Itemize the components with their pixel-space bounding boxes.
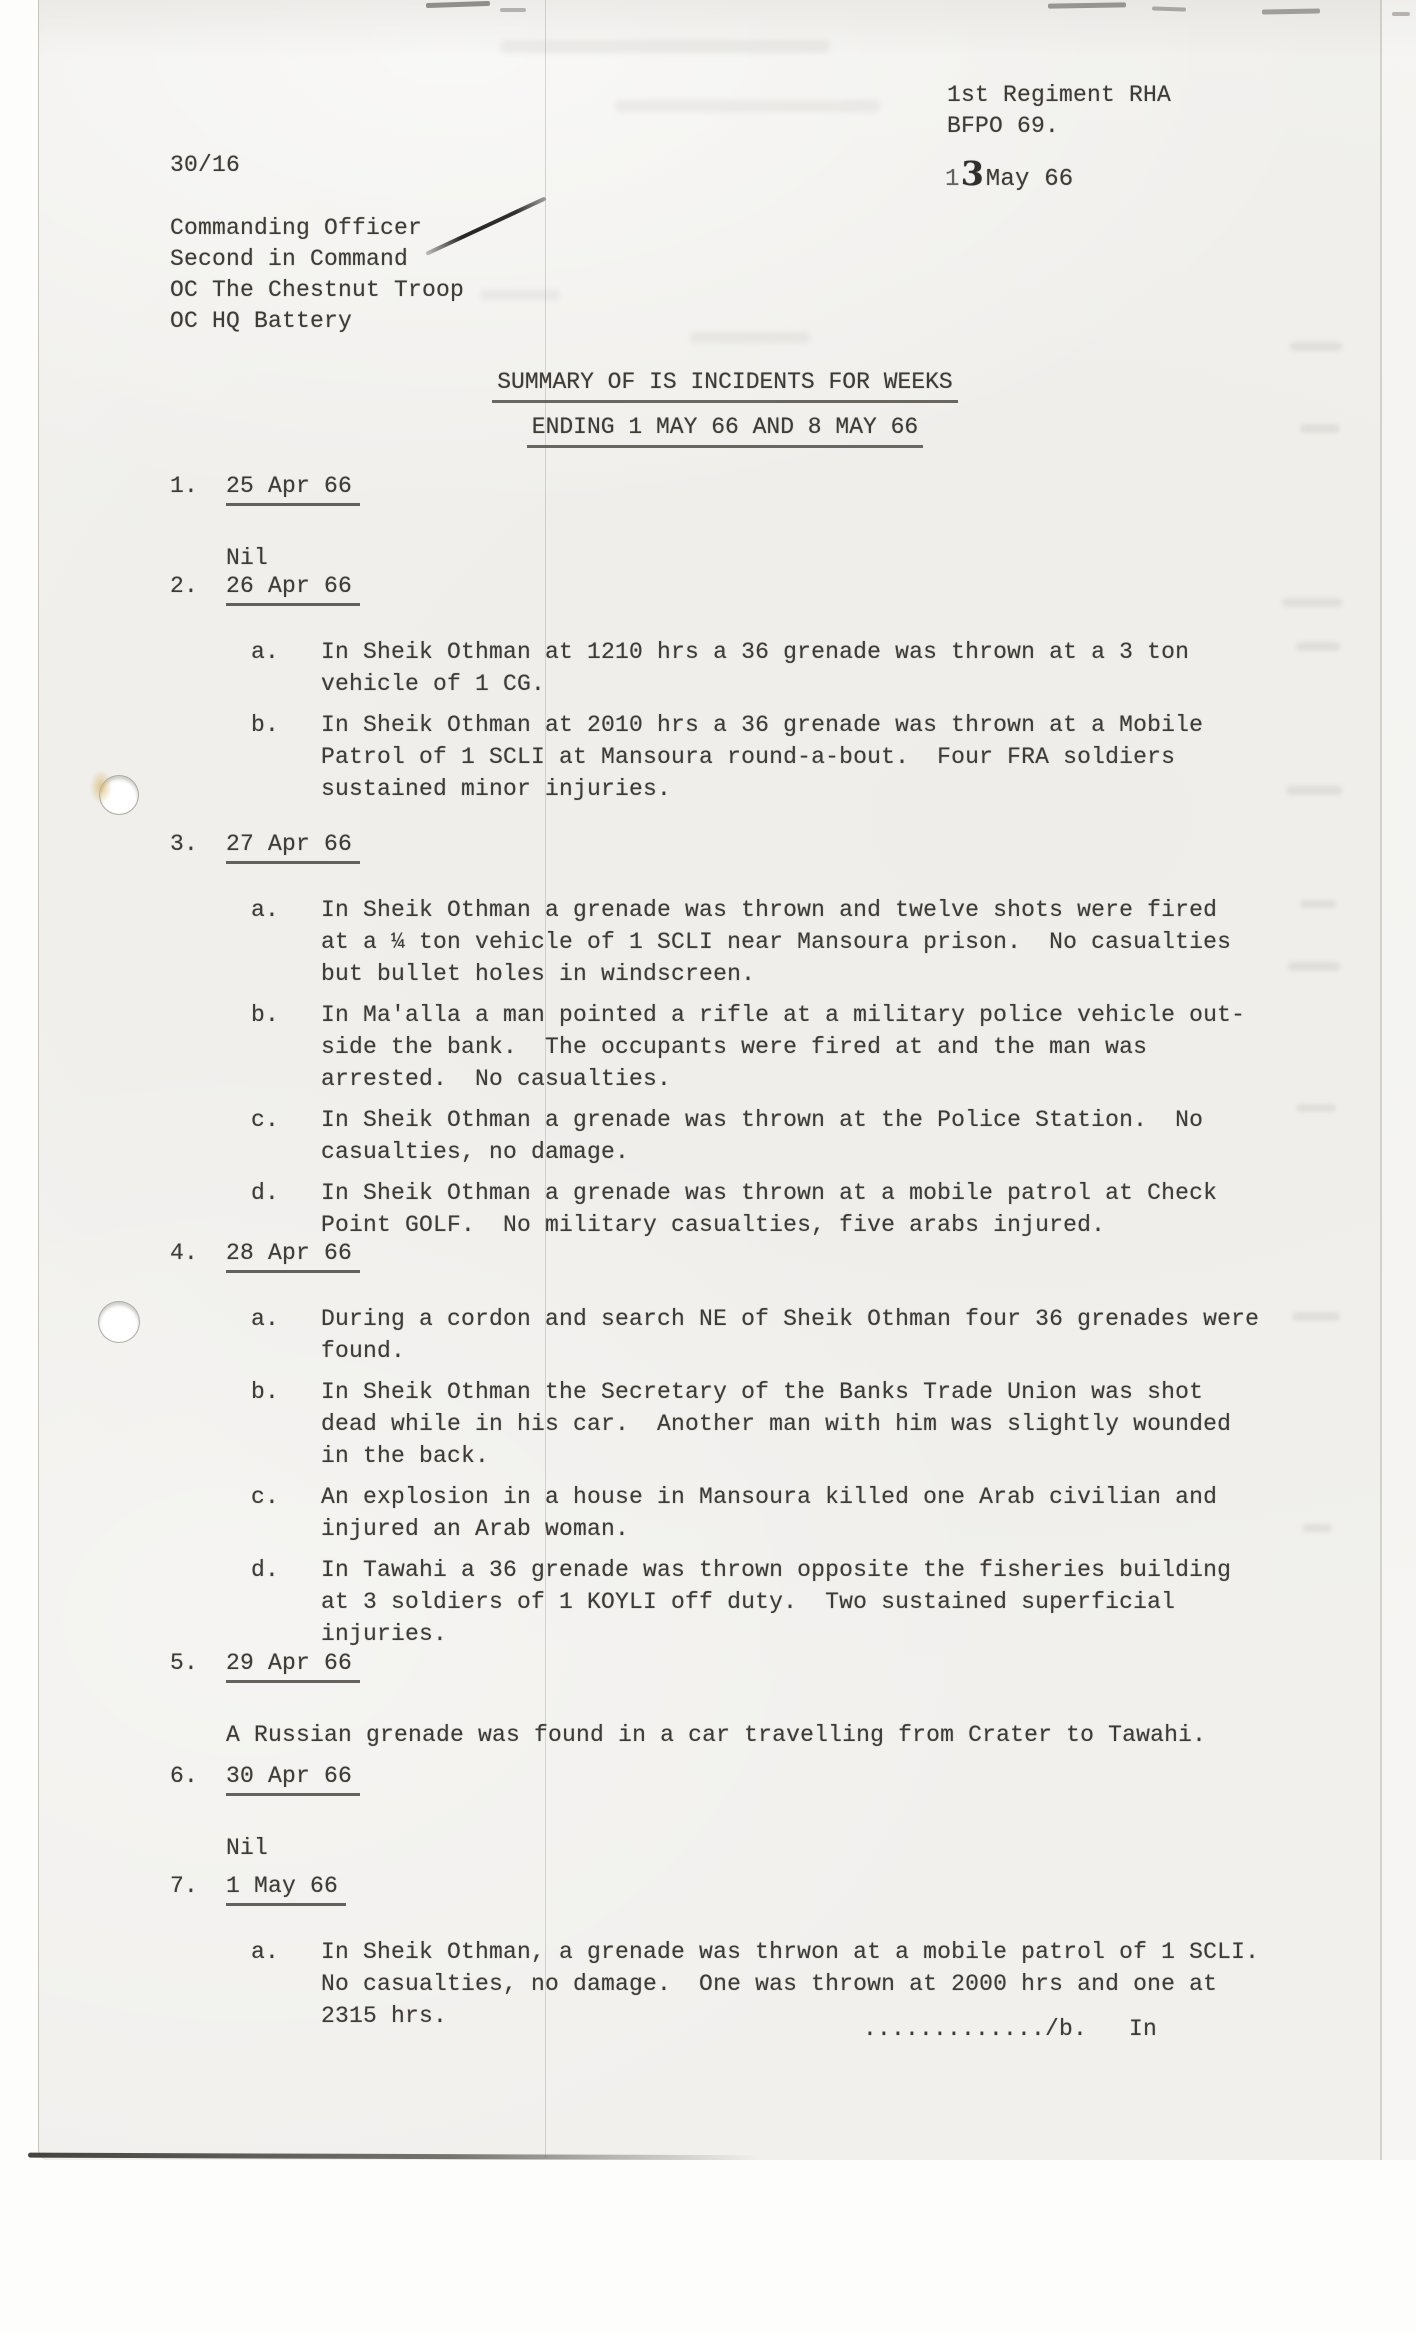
entry-date-heading: 26 Apr 66: [226, 570, 360, 606]
sub-item-text: An explosion in a house in Mansoura kill…: [321, 1481, 1298, 1545]
bleed-through-mark: [1282, 598, 1342, 607]
entry-date-heading: 25 Apr 66: [226, 470, 360, 506]
entry-number: 7.: [170, 1870, 198, 1902]
bleed-through-mark: [480, 290, 560, 300]
sub-item-text: In Sheik Othman a grenade was thrown and…: [321, 894, 1298, 990]
sub-item-letter: d.: [251, 1554, 279, 1586]
bleed-through-mark: [500, 40, 830, 53]
sub-item-text: During a cordon and search NE of Sheik O…: [321, 1303, 1298, 1367]
bleed-through-mark: [1296, 1104, 1336, 1112]
sub-item-letter: c.: [251, 1104, 279, 1136]
entry-heading: 7.1 May 66: [168, 1870, 1298, 1906]
incident-entry: 1.25 Apr 66 Nil: [168, 470, 1298, 574]
entry-heading: 5.29 Apr 66: [168, 1647, 1298, 1683]
entry-body-text: A Russian grenade was found in a car tra…: [226, 1719, 1298, 1751]
sub-item-text: In Sheik Othman the Secretary of the Ban…: [321, 1376, 1298, 1472]
edge-smudge: [1262, 8, 1320, 14]
sub-item-text: In Sheik Othman at 1210 hrs a 36 grenade…: [321, 636, 1298, 700]
entry-heading: 2.26 Apr 66: [168, 570, 1298, 606]
entry-heading: 1.25 Apr 66: [168, 470, 1298, 506]
entry-sub-items: a. In Sheik Othman at 1210 hrs a 36 gren…: [168, 636, 1298, 805]
incident-sub-item: d. In Tawahi a 36 grenade was thrown opp…: [168, 1554, 1298, 1650]
sub-item-text: In Sheik Othman at 2010 hrs a 36 grenade…: [321, 709, 1298, 805]
sub-item-text: In Ma'alla a man pointed a rifle at a mi…: [321, 999, 1298, 1095]
incident-sub-item: c. An explosion in a house in Mansoura k…: [168, 1481, 1298, 1545]
sub-item-letter: b.: [251, 709, 279, 741]
sub-item-letter: b.: [251, 1376, 279, 1408]
incident-entry: 3.27 Apr 66 a. In Sheik Othman a grenade…: [168, 828, 1298, 1241]
entry-number: 4.: [170, 1237, 198, 1269]
incident-sub-item: d. In Sheik Othman a grenade was thrown …: [168, 1177, 1298, 1241]
bleed-through-mark: [1296, 642, 1340, 651]
scanned-document: 30/16 1st Regiment RHA BFPO 69. 13May 66…: [0, 0, 1416, 2332]
bleed-through-mark: [1288, 962, 1340, 971]
hole-punch-bottom: [99, 1302, 139, 1342]
entry-date-heading: 30 Apr 66: [226, 1760, 360, 1796]
sub-item-text: In Sheik Othman a grenade was thrown at …: [321, 1104, 1298, 1168]
sub-item-letter: c.: [251, 1481, 279, 1513]
entry-number: 6.: [170, 1760, 198, 1792]
incident-sub-item: b. In Sheik Othman at 2010 hrs a 36 gren…: [168, 709, 1298, 805]
entry-date-heading: 27 Apr 66: [226, 828, 360, 864]
bleed-through-mark: [1300, 900, 1336, 908]
incident-entry: 7.1 May 66 a. In Sheik Othman, a grenade…: [168, 1870, 1298, 2032]
entry-sub-items: a. In Sheik Othman a grenade was thrown …: [168, 894, 1298, 1241]
scanner-margin-right: [1382, 0, 1416, 2160]
entry-sub-items: a. During a cordon and search NE of Shei…: [168, 1303, 1298, 1650]
incident-entry: 5.29 Apr 66 A Russian grenade was found …: [168, 1647, 1298, 1751]
entry-body-text: Nil: [226, 1832, 1298, 1864]
incident-sub-item: a. In Sheik Othman at 1210 hrs a 36 gren…: [168, 636, 1298, 700]
bleed-through-mark: [1300, 424, 1340, 433]
sub-item-letter: d.: [251, 1177, 279, 1209]
entry-number: 3.: [170, 828, 198, 860]
sub-item-text: In Tawahi a 36 grenade was thrown opposi…: [321, 1554, 1298, 1650]
bleed-through-mark: [1286, 786, 1342, 795]
incident-sub-item: b. In Ma'alla a man pointed a rifle at a…: [168, 999, 1298, 1095]
bleed-through-mark: [1290, 342, 1342, 351]
entry-date-heading: 29 Apr 66: [226, 1647, 360, 1683]
incident-sub-item: c. In Sheik Othman a grenade was thrown …: [168, 1104, 1298, 1168]
sub-item-letter: a.: [251, 1303, 279, 1335]
incident-sub-item: b. In Sheik Othman the Secretary of the …: [168, 1376, 1298, 1472]
entry-number: 2.: [170, 570, 198, 602]
entry-number: 1.: [170, 470, 198, 502]
entry-date-heading: 1 May 66: [226, 1870, 346, 1906]
incident-sub-item: a. In Sheik Othman a grenade was thrown …: [168, 894, 1298, 990]
entries: 1.25 Apr 66 Nil 2.26 Apr 66 a. In Sheik …: [168, 0, 1298, 2160]
sub-item-letter: a.: [251, 894, 279, 926]
bleed-through-mark: [1292, 1312, 1340, 1321]
entry-heading: 4.28 Apr 66: [168, 1237, 1298, 1273]
sub-item-letter: a.: [251, 636, 279, 668]
entry-number: 5.: [170, 1647, 198, 1679]
sub-item-letter: a.: [251, 1936, 279, 1968]
entry-date-heading: 28 Apr 66: [226, 1237, 360, 1273]
edge-smudge: [500, 8, 526, 12]
bleed-through-mark: [615, 100, 880, 112]
entry-heading: 3.27 Apr 66: [168, 828, 1298, 864]
incident-sub-item: a. During a cordon and search NE of Shei…: [168, 1303, 1298, 1367]
incident-entry: 6.30 Apr 66 Nil: [168, 1760, 1298, 1864]
entry-heading: 6.30 Apr 66: [168, 1760, 1298, 1796]
incident-entry: 2.26 Apr 66 a. In Sheik Othman at 1210 h…: [168, 570, 1298, 805]
page-footer-catchword: ............./b. In: [863, 2014, 1157, 2045]
sub-item-text: In Sheik Othman a grenade was thrown at …: [321, 1177, 1298, 1241]
bleed-through-mark: [690, 332, 810, 343]
incident-entry: 4.28 Apr 66 a. During a cordon and searc…: [168, 1237, 1298, 1650]
bleed-through-mark: [1302, 1524, 1332, 1532]
stain-mark: [90, 770, 112, 804]
edge-smudge: [1392, 12, 1410, 16]
sub-item-letter: b.: [251, 999, 279, 1031]
